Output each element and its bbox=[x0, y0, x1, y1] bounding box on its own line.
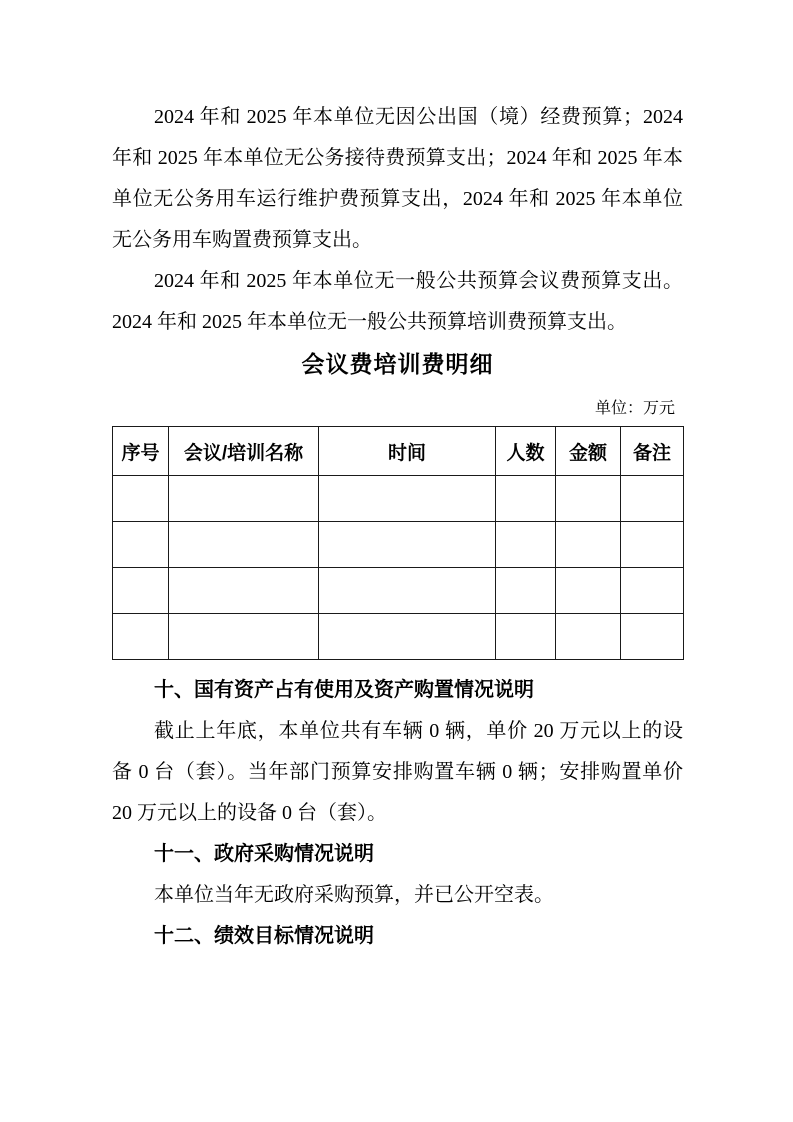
empty-cell bbox=[169, 614, 319, 660]
empty-cell bbox=[319, 614, 496, 660]
column-header-amount: 金额 bbox=[556, 427, 621, 476]
empty-cell bbox=[496, 522, 556, 568]
meeting-training-fee-table-title: 会议费培训费明细 bbox=[112, 343, 683, 387]
meeting-training-fee-table: 序号 会议/培训名称 时间 人数 金额 备注 bbox=[112, 426, 684, 660]
table-row bbox=[113, 522, 684, 568]
section-10-state-assets-body: 截止上年底，本单位共有车辆 0 辆，单价 20 万元以上的设备 0 台（套）。当… bbox=[112, 711, 683, 834]
column-header-remarks: 备注 bbox=[621, 427, 684, 476]
column-header-meeting-training-name: 会议/培训名称 bbox=[169, 427, 319, 476]
empty-cell bbox=[169, 568, 319, 614]
empty-cell bbox=[319, 568, 496, 614]
empty-cell bbox=[113, 568, 169, 614]
table-header-row: 序号 会议/培训名称 时间 人数 金额 备注 bbox=[113, 427, 684, 476]
column-header-index: 序号 bbox=[113, 427, 169, 476]
section-11-government-procurement-body: 本单位当年无政府采购预算，并已公开空表。 bbox=[112, 875, 683, 916]
empty-cell bbox=[113, 614, 169, 660]
empty-cell bbox=[621, 476, 684, 522]
table-unit-label: 单位：万元 bbox=[112, 397, 675, 421]
empty-cell bbox=[169, 476, 319, 522]
empty-cell bbox=[556, 522, 621, 568]
empty-cell bbox=[319, 522, 496, 568]
empty-cell bbox=[621, 614, 684, 660]
empty-cell bbox=[621, 568, 684, 614]
section-12-performance-targets-heading: 十二、绩效目标情况说明 bbox=[112, 916, 683, 957]
paragraph-no-meeting-training-budget: 2024 年和 2025 年本单位无一般公共预算会议费预算支出。2024 年和 … bbox=[112, 261, 683, 343]
table-row bbox=[113, 568, 684, 614]
paragraph-no-official-travel-budget: 2024 年和 2025 年本单位无因公出国（境）经费预算；2024 年和 20… bbox=[112, 97, 683, 261]
empty-cell bbox=[496, 476, 556, 522]
empty-cell bbox=[496, 614, 556, 660]
empty-cell bbox=[113, 476, 169, 522]
empty-cell bbox=[496, 568, 556, 614]
empty-cell bbox=[556, 614, 621, 660]
section-10-state-assets-heading: 十、国有资产占有使用及资产购置情况说明 bbox=[112, 670, 683, 711]
empty-cell bbox=[556, 476, 621, 522]
empty-cell bbox=[556, 568, 621, 614]
section-11-government-procurement-heading: 十一、政府采购情况说明 bbox=[112, 834, 683, 875]
empty-cell bbox=[169, 522, 319, 568]
empty-cell bbox=[113, 522, 169, 568]
empty-cell bbox=[319, 476, 496, 522]
table-row bbox=[113, 476, 684, 522]
document-page: 2024 年和 2025 年本单位无因公出国（境）经费预算；2024 年和 20… bbox=[0, 0, 793, 1122]
page-content: 2024 年和 2025 年本单位无因公出国（境）经费预算；2024 年和 20… bbox=[0, 0, 793, 957]
column-header-people-count: 人数 bbox=[496, 427, 556, 476]
table-row bbox=[113, 614, 684, 660]
column-header-time: 时间 bbox=[319, 427, 496, 476]
empty-cell bbox=[621, 522, 684, 568]
